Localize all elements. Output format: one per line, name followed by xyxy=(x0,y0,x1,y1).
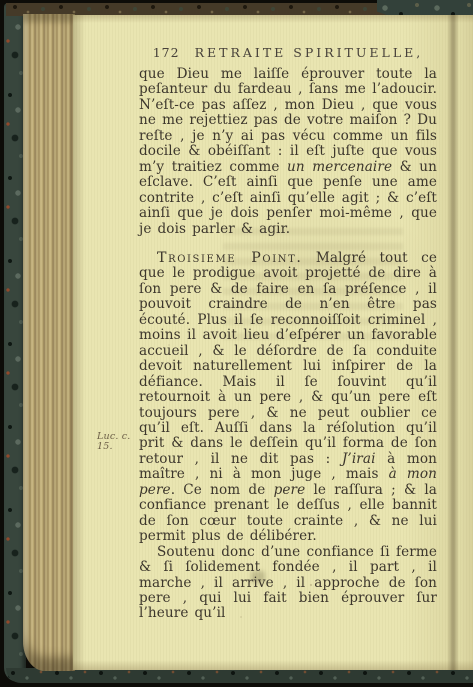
paragraph: que Dieu me laiſſe éprouver toute la peſ… xyxy=(139,67,437,237)
text-block: 172 RETRAITE SPIRITUELLE, que Dieu me la… xyxy=(139,45,437,622)
paragraph: Soutenu donc d’une confiance ſi ferme & … xyxy=(139,545,437,622)
margin-citation: Luc. c. 15. xyxy=(97,432,141,452)
text-run: Soutenu donc d’une confiance ſi ferme & … xyxy=(139,544,437,622)
marbled-cover-bottom xyxy=(6,668,473,683)
running-header: 172 RETRAITE SPIRITUELLE, xyxy=(139,45,437,60)
book-page: Luc. c. 15. 172 RETRAITE SPIRITUELLE, qu… xyxy=(73,15,473,670)
page-number: 172 xyxy=(153,45,180,60)
text-run: Malgré tout ce que le prodigue avoit pro… xyxy=(139,250,437,467)
paragraph: Troisieme Point. Malgré tout ce que le p… xyxy=(139,251,437,545)
text-run: un mercenaire xyxy=(287,159,392,175)
section-heading: Troisieme Point. xyxy=(157,250,302,266)
body-text: que Dieu me laiſſe éprouver toute la peſ… xyxy=(139,67,437,622)
text-run: . Ce nom de xyxy=(171,482,274,498)
text-run: pere xyxy=(274,482,306,498)
text-run: J’irai xyxy=(342,451,376,467)
book-scan-photo: Luc. c. 15. 172 RETRAITE SPIRITUELLE, qu… xyxy=(0,0,473,687)
stacked-page-edges xyxy=(23,14,75,671)
running-title: RETRAITE SPIRITUELLE, xyxy=(195,45,424,60)
